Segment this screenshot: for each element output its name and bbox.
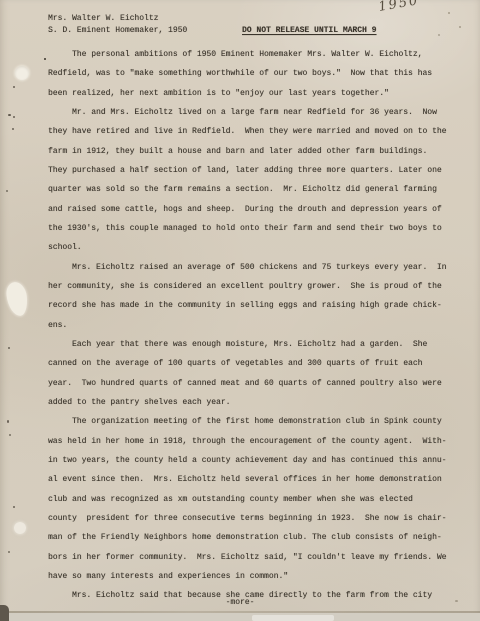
- hole-punch: [14, 522, 26, 534]
- typed-line: club and was recognized as xm outstandin…: [48, 490, 446, 509]
- release-notice: DO NOT RELEASE UNTIL MARCH 9: [242, 25, 376, 37]
- typed-line: Mrs. Eicholtz raised an average of 500 c…: [48, 258, 446, 277]
- typed-line: have so many interests and experiences i…: [48, 567, 446, 586]
- paper-speck: [448, 12, 450, 14]
- paper-speck: [8, 114, 11, 116]
- paper-speck: [8, 551, 10, 553]
- typed-line: farm in 1912, they built a house and bar…: [48, 142, 446, 161]
- typed-line: man of the Friendly Neighbors home demon…: [48, 528, 446, 547]
- scan-background-strip: [0, 613, 480, 621]
- typed-line: county president for three consecutive t…: [48, 509, 446, 528]
- typed-line: her community, she is considered an exce…: [48, 277, 446, 296]
- paper-speck: [459, 26, 461, 28]
- typed-line: the 1930's, this couple managed to hold …: [48, 219, 446, 238]
- typed-line: al event since then. Mrs. Eicholtz held …: [48, 470, 446, 489]
- corner-shadow: [0, 605, 9, 621]
- typed-line: Mr. and Mrs. Eicholtz lived on a large f…: [48, 103, 446, 122]
- paper-speck: [438, 34, 440, 36]
- paper-speck: [9, 434, 11, 436]
- paper-speck: [13, 506, 15, 508]
- typed-line: The personal ambitions of 1950 Eminent H…: [48, 45, 446, 64]
- typed-line: added to the pantry shelves each year.: [48, 393, 446, 412]
- typed-line: school.: [48, 238, 446, 257]
- typed-line: been realized, her next ambition is to "…: [48, 84, 446, 103]
- paper-speck: [8, 347, 10, 349]
- typed-line: they have retired and live in Redfield. …: [48, 122, 446, 141]
- paper-speck: [6, 190, 8, 192]
- scan-glint: [252, 615, 334, 621]
- stray-period-mark: [44, 58, 46, 60]
- document-body: The personal ambitions of 1950 Eminent H…: [48, 45, 446, 606]
- typed-line: ens.: [48, 316, 446, 335]
- typed-line: Redfield, was to "make something worthwh…: [48, 64, 446, 83]
- paper-speck: [12, 128, 14, 130]
- torn-hole-blob: [5, 281, 28, 317]
- paper-speck: [13, 86, 15, 88]
- typed-line: record she has made in the community in …: [48, 296, 446, 315]
- more-marker: -more-: [0, 597, 480, 608]
- paper-speck: [7, 420, 9, 423]
- document-author-line: Mrs. Walter W. Eicholtz: [48, 13, 158, 25]
- typed-line: in two years, the county held a county a…: [48, 451, 446, 470]
- paper-speck: [455, 600, 458, 602]
- document-title-line: S. D. Eminent Homemaker, 1950: [48, 25, 187, 37]
- scanned-document-page: 1950 Mrs. Walter W. Eicholtz S. D. Emine…: [0, 0, 480, 621]
- typed-line: year. Two hundred quarts of canned meat …: [48, 374, 446, 393]
- typed-line: The organization meeting of the first ho…: [48, 412, 446, 431]
- typed-line: Each year that there was enough moisture…: [48, 335, 446, 354]
- typed-line: was held in her home in 1918, through th…: [48, 432, 446, 451]
- hole-punch: [15, 66, 29, 80]
- typed-line: bors in her former community. Mrs. Eicho…: [48, 548, 446, 567]
- typed-line: canned on the average of 100 quarts of v…: [48, 354, 446, 373]
- paper-speck: [13, 116, 15, 118]
- typed-line: and raised some cattle, hogs and sheep. …: [48, 200, 446, 219]
- typed-line: quarter was sold so the farm remains a s…: [48, 180, 446, 199]
- typed-line: They purchased a half section of land, l…: [48, 161, 446, 180]
- handwritten-year-annotation: 1950: [377, 0, 420, 15]
